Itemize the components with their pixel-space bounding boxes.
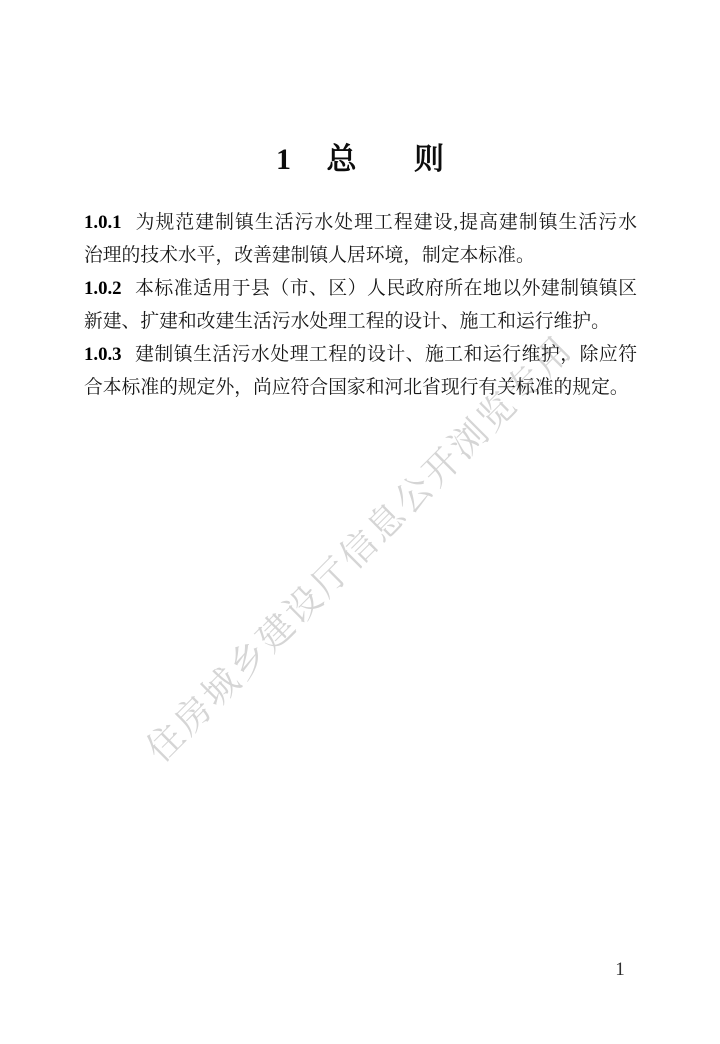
- clause-text: 建制镇生活污水处理工程的设计、施工和运行维护，除应符: [135, 344, 637, 365]
- chapter-title-char-2: 则: [414, 143, 444, 176]
- body-text: 1.0.1为规范建制镇生活污水处理工程建设,提高建制镇生活污水 治理的技术水平，…: [84, 206, 637, 404]
- clause-text: 新建、扩建和改建生活污水处理工程的设计、施工和运行维护。: [84, 311, 610, 332]
- chapter-title: 1 总 则: [0, 141, 720, 179]
- clause-text: 治理的技术水平，改善建制镇人居环境，制定本标准。: [84, 245, 535, 266]
- page-number: 1: [610, 957, 630, 983]
- clause-1-0-1-line-1: 1.0.1为规范建制镇生活污水处理工程建设,提高建制镇生活污水: [84, 206, 637, 239]
- chapter-title-char-1: 总: [327, 143, 357, 176]
- clause-text: 为规范建制镇生活污水处理工程建设,提高建制镇生活污水: [135, 212, 637, 233]
- chapter-number: 1: [276, 143, 291, 176]
- clause-1-0-2-line-1: 1.0.2本标准适用于县（市、区）人民政府所在地以外建制镇镇区: [84, 272, 637, 305]
- clause-number-1-0-3: 1.0.3: [84, 344, 122, 365]
- clause-1-0-3-line-2: 合本标准的规定外，尚应符合国家和河北省现行有关标准的规定。: [84, 371, 637, 404]
- clause-text: 本标准适用于县（市、区）人民政府所在地以外建制镇镇区: [135, 278, 637, 299]
- clause-text: 合本标准的规定外，尚应符合国家和河北省现行有关标准的规定。: [84, 377, 629, 398]
- clause-number-1-0-1: 1.0.1: [84, 212, 122, 233]
- clause-1-0-3-line-1: 1.0.3建制镇生活污水处理工程的设计、施工和运行维护，除应符: [84, 338, 637, 371]
- clause-1-0-1-line-2: 治理的技术水平，改善建制镇人居环境，制定本标准。: [84, 239, 637, 272]
- document-page: 住房城乡建设厅信息公开浏览专用 1 总 则 1.0.1为规范建制镇生活污水处理工…: [0, 0, 720, 1044]
- clause-1-0-2-line-2: 新建、扩建和改建生活污水处理工程的设计、施工和运行维护。: [84, 305, 637, 338]
- clause-number-1-0-2: 1.0.2: [84, 278, 122, 299]
